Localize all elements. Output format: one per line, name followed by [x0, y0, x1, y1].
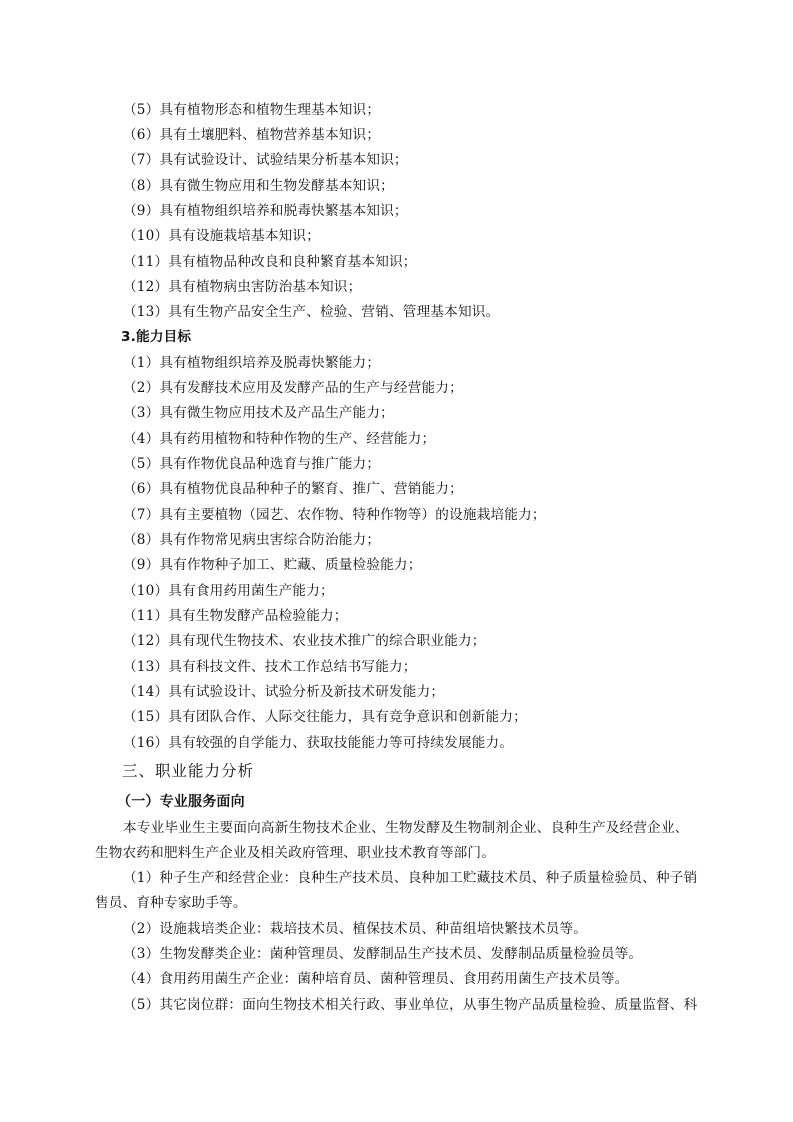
knowledge-item: （9）具有植物组织培养和脱毒快繁基本知识； [123, 202, 408, 220]
service-item: （2）设施栽培类企业：栽培技术员、植保技术员、种苗组培快繁技术员等。 [123, 920, 587, 938]
ability-item: （2）具有发酵技术应用及发酵产品的生产与经营能力； [123, 379, 463, 397]
ability-item: （16）具有较强的自学能力、获取技能能力等可持续发展能力。 [123, 734, 513, 752]
ability-item: （13）具有科技文件、技术工作总结书写能力； [123, 658, 417, 676]
ability-item: （12）具有现代生物技术、农业技术推广的综合职业能力； [123, 632, 486, 650]
ability-item: （15）具有团队合作、人际交往能力，具有竞争意识和创新能力； [123, 708, 527, 726]
ability-item: （8）具有作物常见病虫害综合防治能力； [123, 531, 380, 549]
knowledge-item: （13）具有生物产品安全生产、检验、营销、管理基本知识。 [123, 303, 499, 321]
ability-item: （1）具有植物组织培养及脱毒快繁能力； [123, 354, 380, 372]
intro-paragraph-line: 本专业毕业生主要面向高新生物技术企业、生物发酵及生物制剂企业、良种生产及经营企业… [123, 819, 689, 837]
service-item: （3）生物发酵类企业：菌种管理员、发酵制品生产技术员、发酵制品质量检验员等。 [123, 945, 642, 963]
knowledge-item: （7）具有试验设计、试验结果分析基本知识； [123, 151, 408, 169]
sub-heading: （一）专业服务面向 [117, 793, 245, 811]
ability-item: （3）具有微生物应用技术及产品生产能力； [123, 404, 394, 422]
ability-item: （6）具有植物优良品种种子的繁育、推广、营销能力； [123, 480, 463, 498]
ability-item: （10）具有食用药用菌生产能力； [123, 582, 334, 600]
ability-item: （5）具有作物优良品种选育与推广能力； [123, 455, 380, 473]
knowledge-item: （12）具有植物病虫害防治基本知识； [123, 278, 361, 296]
ability-item: （11）具有生物发酵产品检验能力； [123, 607, 348, 625]
document-page: （5）具有植物形态和植物生理基本知识； （6）具有土壤肥料、植物营养基本知识； … [0, 0, 793, 1122]
ability-item: （7）具有主要植物（园艺、农作物、特种作物等）的设施栽培能力； [123, 506, 546, 524]
service-item: （4）食用药用菌生产企业：菌种培育员、菌种管理员、食用药用菌生产技术员等。 [123, 970, 628, 988]
knowledge-item: （6）具有土壤肥料、植物营养基本知识； [123, 126, 380, 144]
service-item-continuation: 售员、育种专家助手等。 [95, 894, 247, 912]
service-item: （5）其它岗位群：面向生物技术相关行政、事业单位，从事生物产品质量检验、质量监督… [123, 996, 697, 1014]
section-heading: 三、职业能力分析 [122, 762, 254, 780]
ability-item: （4）具有药用植物和特种作物的生产、经营能力； [123, 430, 435, 448]
knowledge-item: （11）具有植物品种改良和良种繁育基本知识； [123, 253, 417, 271]
knowledge-item: （10）具有设施栽培基本知识； [123, 227, 320, 245]
ability-heading: 3.能力目标 [121, 328, 191, 346]
ability-item: （14）具有试验设计、试验分析及新技术研发能力； [123, 683, 444, 701]
intro-paragraph-line: 生物农药和肥料生产企业及相关政府管理、职业技术教育等部门。 [95, 844, 495, 862]
service-item: （1）种子生产和经营企业：良种生产技术员、良种加工贮藏技术员、种子质量检验员、种… [123, 869, 697, 887]
knowledge-item: （5）具有植物形态和植物生理基本知识； [123, 101, 380, 119]
knowledge-item: （8）具有微生物应用和生物发酵基本知识； [123, 177, 394, 195]
ability-item: （9）具有作物种子加工、贮藏、质量检验能力； [123, 556, 422, 574]
